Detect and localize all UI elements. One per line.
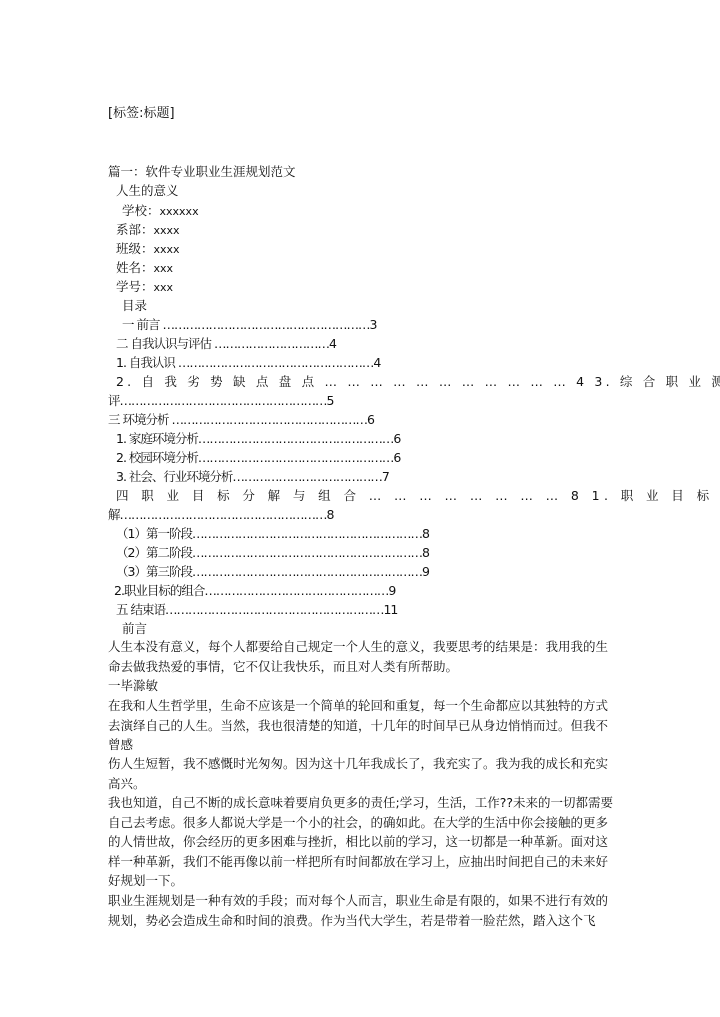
- info-label: 学号：: [116, 279, 154, 294]
- document-page: [标签:标题] 篇一：软件专业职业生涯规划范文 人生的意义 学校：xxxxxx …: [0, 0, 720, 1017]
- info-school: 学校：xxxxxx: [122, 201, 199, 221]
- tag-label: [标签:标题]: [108, 104, 175, 123]
- subtitle: 人生的意义: [116, 181, 179, 200]
- toc-entry[interactable]: 1. 家庭环境分析……………………………………………6: [116, 429, 400, 448]
- paragraph: 在我和人生哲学里，生命不应该是一个简单的轮回和重复，每一个生命都应以其独特的方式…: [108, 696, 613, 755]
- info-label: 班级：: [116, 241, 154, 256]
- toc-entry[interactable]: 评………………………………………………5: [108, 391, 333, 410]
- paragraph: 我也知道，自己不断的成长意味着要肩负更多的责任;学习，生活，工作??未来的一切都…: [108, 793, 613, 891]
- toc-entry[interactable]: （3）第三阶段……………………………………………………9: [116, 562, 429, 581]
- toc-entry[interactable]: （2）第二阶段……………………………………………………8: [116, 543, 429, 562]
- toc-entry[interactable]: （1）第一阶段……………………………………………………8: [116, 524, 429, 543]
- section-title: 前言: [122, 619, 147, 638]
- info-label: 系部：: [116, 222, 154, 237]
- toc-entry[interactable]: 解………………………………………………8: [108, 505, 333, 524]
- info-label: 学校：: [122, 203, 160, 218]
- toc-entry[interactable]: 三 环境分析 ……………………………………………6: [108, 410, 374, 429]
- toc-title: 目录: [122, 296, 147, 315]
- info-value: xxx: [154, 281, 174, 294]
- paragraph: 伤人生短暂，我不感慨时光匆匆。因为这十几年我成长了，我充实了。我为我的成长和充实…: [108, 754, 613, 793]
- toc-entry[interactable]: 1. 自我认识 ……………………………………………4: [116, 353, 380, 372]
- info-value: xxxxxx: [160, 205, 199, 218]
- toc-entry[interactable]: 2. 自 我 劣 势 缺 点 盘 点 … … … … … … … … … … ……: [116, 372, 720, 391]
- info-department: 系部：xxxx: [116, 220, 180, 240]
- toc-entry[interactable]: 3. 社会、行业环境分析…………………………………7: [116, 467, 389, 486]
- toc-entry[interactable]: 一 前言 ………………………………………………3: [122, 315, 376, 334]
- info-value: xxxx: [154, 224, 180, 237]
- info-class: 班级：xxxx: [116, 239, 180, 259]
- paragraph-signature: 一毕滁敏: [108, 676, 613, 696]
- toc-entry[interactable]: 五 结束语…………………………………………………11: [116, 600, 397, 619]
- toc-entry[interactable]: 四 职 业 目 标 分 解 与 组 合 … … … … … … … … 8 1.…: [116, 486, 720, 505]
- toc-entry[interactable]: 2.职业目标的组合…………………………………………9: [114, 581, 395, 600]
- info-value: xxx: [154, 262, 174, 275]
- info-value: xxxx: [154, 243, 180, 256]
- paragraph: 职业生涯规划是一种有效的手段；而对每个人而言，职业生命是有限的，如果不进行有效的…: [108, 891, 613, 930]
- info-name: 姓名：xxx: [116, 258, 173, 278]
- paragraph: 人生本没有意义，每个人都要给自己规定一个人生的意义，我要思考的结果是：我用我的生…: [108, 637, 613, 676]
- toc-entry[interactable]: 2. 校园环境分析……………………………………………6: [116, 448, 400, 467]
- info-student-id: 学号：xxx: [116, 277, 173, 297]
- article-title: 篇一：软件专业职业生涯规划范文: [108, 162, 296, 181]
- info-label: 姓名：: [116, 260, 154, 275]
- toc-entry[interactable]: 二 自我认识与评估 …………………………4: [116, 334, 336, 353]
